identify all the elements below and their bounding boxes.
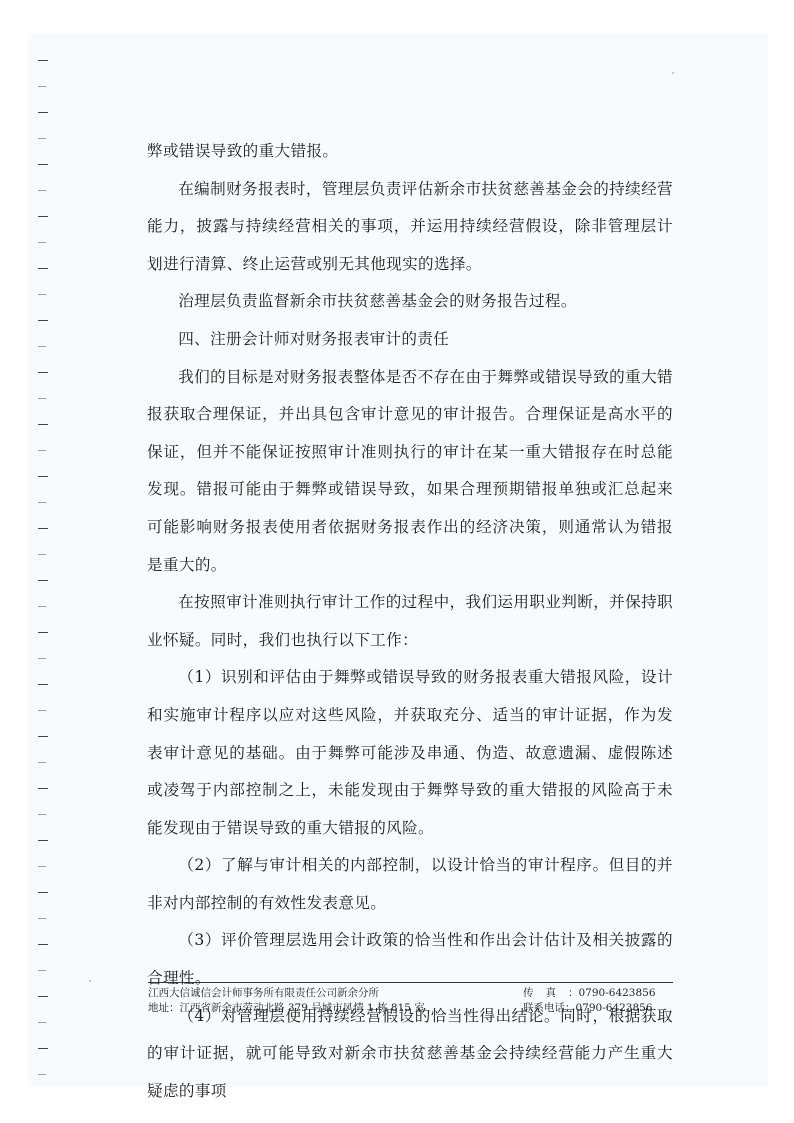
margin-tick bbox=[38, 840, 48, 841]
paragraph-professional-judgment: 在按照审计准则执行审计工作的过程中，我们运用职业判断，并保持职业怀疑。同时，我们… bbox=[147, 584, 673, 659]
margin-tick bbox=[38, 424, 48, 425]
margin-tick bbox=[38, 242, 46, 243]
phone-label: 联系电话： bbox=[523, 1002, 576, 1014]
fax-label: 传真 bbox=[523, 987, 568, 999]
margin-tick bbox=[38, 580, 48, 581]
binding-margin-ticks bbox=[38, 0, 50, 1123]
fax-row: 传真：0790-6423856 bbox=[523, 986, 656, 1001]
phone-number: 0790-6423856 bbox=[576, 1002, 653, 1014]
paragraph-going-concern: 在编制财务报表时，管理层负责评估新余市扶贫慈善基金会的持续经营能力，披露与持续经… bbox=[147, 171, 673, 284]
margin-tick bbox=[38, 762, 46, 763]
margin-tick bbox=[38, 1048, 48, 1049]
margin-tick bbox=[38, 1022, 46, 1023]
margin-tick bbox=[38, 736, 48, 737]
margin-tick bbox=[38, 164, 48, 165]
margin-tick bbox=[38, 1074, 46, 1075]
margin-tick bbox=[38, 112, 48, 113]
margin-tick bbox=[38, 970, 46, 971]
firm-address: 地址：江西省新余市劳动北路 379 号城市风情 1 栋 815 室 bbox=[148, 1001, 425, 1016]
paragraph-objective: 我们的目标是对财务报表整体是否不存在由于舞弊或错误导致的重大错报获取合理保证，并… bbox=[147, 359, 673, 585]
margin-tick bbox=[38, 918, 46, 919]
margin-tick bbox=[38, 372, 48, 373]
margin-tick bbox=[38, 866, 46, 867]
margin-tick bbox=[38, 606, 46, 607]
margin-tick bbox=[38, 788, 48, 789]
firm-name: 江西大信诚信会计师事务所有限责任公司新余分所 bbox=[148, 986, 425, 1001]
footer-firm-info: 江西大信诚信会计师事务所有限责任公司新余分所 地址：江西省新余市劳动北路 379… bbox=[148, 986, 425, 1016]
margin-tick bbox=[38, 216, 48, 217]
margin-tick bbox=[38, 658, 46, 659]
margin-tick bbox=[38, 684, 48, 685]
margin-tick bbox=[38, 60, 48, 61]
fax-number: 0790-6423856 bbox=[579, 987, 656, 999]
margin-tick bbox=[38, 86, 46, 87]
margin-tick bbox=[38, 892, 48, 893]
margin-tick bbox=[38, 944, 48, 945]
margin-tick bbox=[38, 450, 46, 451]
margin-tick bbox=[38, 502, 46, 503]
list-item-2: （2）了解与审计相关的内部控制，以设计恰当的审计程序。但目的并非对内部控制的有效… bbox=[147, 847, 673, 922]
paragraph-governance: 治理层负责监督新余市扶贫慈善基金会的财务报告过程。 bbox=[147, 283, 673, 321]
fax-separator: ： bbox=[568, 987, 579, 999]
list-item-1: （1）识别和评估由于舞弊或错误导致的财务报表重大错报风险，设计和实施审计程序以应… bbox=[147, 659, 673, 847]
continuation-paragraph: 弊或错误导致的重大错报。 bbox=[147, 133, 673, 171]
phone-row: 联系电话：0790-6423856 bbox=[523, 1001, 656, 1016]
margin-tick bbox=[38, 814, 46, 815]
margin-tick bbox=[38, 398, 46, 399]
margin-tick bbox=[38, 996, 48, 997]
document-body: 弊或错误导致的重大错报。 在编制财务报表时，管理层负责评估新余市扶贫慈善基金会的… bbox=[147, 133, 673, 1110]
margin-tick bbox=[38, 710, 46, 711]
margin-tick bbox=[38, 528, 48, 529]
margin-tick bbox=[38, 554, 46, 555]
section-heading: 四、注册会计师对财务报表审计的责任 bbox=[147, 321, 673, 359]
margin-tick bbox=[38, 346, 46, 347]
margin-tick bbox=[38, 138, 46, 139]
margin-tick bbox=[38, 320, 48, 321]
margin-tick bbox=[38, 632, 48, 633]
margin-tick bbox=[38, 294, 46, 295]
scan-speck bbox=[672, 72, 674, 74]
margin-tick bbox=[38, 476, 48, 477]
margin-tick bbox=[38, 190, 46, 191]
footer-divider bbox=[148, 982, 673, 983]
margin-tick bbox=[38, 268, 48, 269]
scan-speck bbox=[89, 980, 91, 982]
footer-contact-info: 传真：0790-6423856 联系电话：0790-6423856 bbox=[523, 986, 656, 1016]
